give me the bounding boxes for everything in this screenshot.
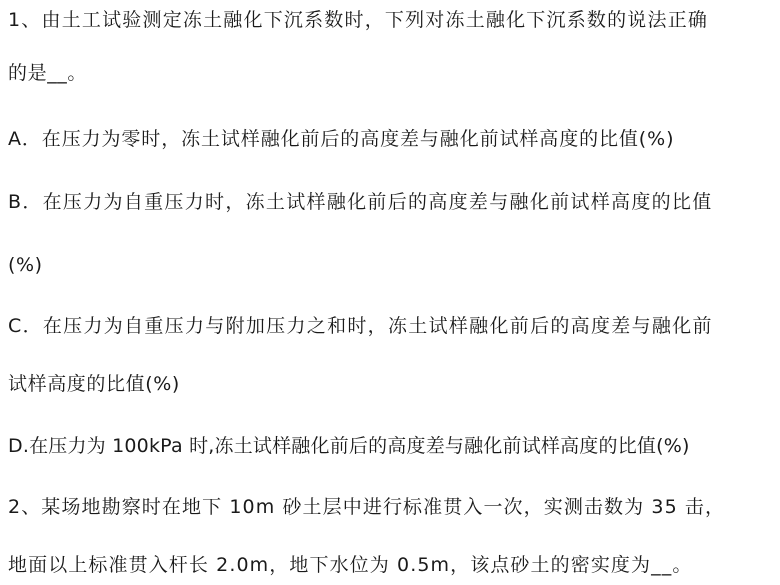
question-1-option-d: D.在压力为 100kPa 时,冻土试样融化前后的高度差与融化前试样高度的比值(…: [8, 434, 690, 458]
question-1-option-b-line-1: B．在压力为自重压力时，冻土试样融化前后的高度差与融化前试样高度的比值: [8, 190, 713, 214]
question-1-option-a: A．在压力为零时，冻土试样融化前后的高度差与融化前试样高度的比值(%): [8, 127, 674, 151]
question-1-option-c-line-1: C．在压力为自重压力与附加压力之和时，冻土试样融化前后的高度差与融化前: [8, 314, 713, 338]
question-1-stem-line-1: 1、由土工试验测定冻土融化下沉系数时，下列对冻土融化下沉系数的说法正确: [8, 8, 708, 32]
question-1-option-c-line-2: 试样高度的比值(%): [8, 372, 180, 396]
exam-document: 1、由土工试验测定冻土融化下沉系数时，下列对冻土融化下沉系数的说法正确 的是__…: [0, 0, 780, 585]
question-2-stem-line-1: 2、某场地勘察时在地下 10m 砂土层中进行标准贯入一次，实测击数为 35 击，: [8, 495, 725, 519]
question-1-stem-line-2: 的是__。: [8, 61, 87, 85]
question-2-stem-line-2: 地面以上标准贯入杆长 2.0m，地下水位为 0.5m，该点砂土的密实度为__。: [8, 553, 692, 577]
question-1-option-b-line-2: (%): [8, 253, 43, 277]
